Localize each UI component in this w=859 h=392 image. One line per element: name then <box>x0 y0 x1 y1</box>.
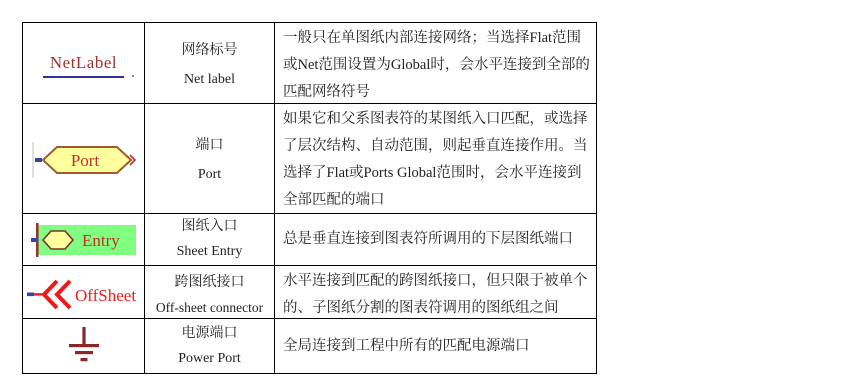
description-text: 总是垂直连接到图表符所调用的下层图纸端口 <box>283 226 573 253</box>
table-row-sheet-entry: Entry 图纸入口 Sheet Entry 总是垂直连接到图表符所调用的下层图… <box>23 213 596 265</box>
name-cn: 网络标号 <box>182 42 238 60</box>
name-cn: 图纸入口 <box>182 218 238 236</box>
netlabel-symbol-icon: NetLabel <box>43 53 124 78</box>
description-text: 全局连接到工程中所有的匹配电源端口 <box>283 333 530 360</box>
left-connect-dash <box>35 158 42 162</box>
name-cell-power-port: 电源端口 Power Port <box>144 319 274 373</box>
name-en: Power Port <box>178 350 241 368</box>
name-cell-port: 端口 Port <box>144 104 274 216</box>
name-cell-netlabel: 网络标号 Net label <box>144 23 274 108</box>
sheet-entry-symbol-icon: Entry <box>30 222 138 258</box>
name-en: Off-sheet connector <box>156 299 263 317</box>
table-row-netlabel: NetLabel 网络标号 Net label 一般只在单图纸内部连接网络；当选… <box>23 23 596 103</box>
connector-reference-table: NetLabel 网络标号 Net label 一般只在单图纸内部连接网络；当选… <box>22 22 597 374</box>
name-cn: 端口 <box>196 137 224 155</box>
port-symbol-text: Port <box>70 151 99 170</box>
description-cell: 如果它和父系图表符的某图纸入口匹配，或选择了层次结构、自动范围，则起垂直连接作用… <box>274 104 596 216</box>
ground-bar-wide <box>69 344 99 347</box>
name-cell-offsheet: 跨图纸接口 Off-sheet connector <box>144 266 274 324</box>
name-en: Sheet Entry <box>177 243 243 261</box>
name-cn: 电源端口 <box>182 325 238 343</box>
name-en: Net label <box>184 71 235 89</box>
description-cell: 一般只在单图纸内部连接网络；当选择Flat范围或Net范围设置为Global时，… <box>274 23 596 108</box>
left-connect-dash <box>31 238 37 242</box>
power-port-ground-icon <box>66 326 102 366</box>
description-cell: 全局连接到工程中所有的匹配电源端口 <box>274 319 596 373</box>
port-symbol-icon: Port <box>29 139 139 181</box>
netlabel-trailing-dot <box>132 75 134 77</box>
ground-stem <box>82 327 85 344</box>
ground-bar-medium <box>75 351 93 354</box>
netlabel-symbol-text: NetLabel <box>43 53 124 73</box>
left-connect-dash <box>27 293 34 297</box>
table-row-power-port: 电源端口 Power Port 全局连接到工程中所有的匹配电源端口 <box>23 318 596 373</box>
offsheet-symbol-text: OffSheet <box>75 286 136 305</box>
power-port-symbol-cell <box>23 319 144 373</box>
name-en: Port <box>198 166 221 184</box>
ground-bar-small <box>80 358 87 361</box>
table-row-offsheet: OffSheet 跨图纸接口 Off-sheet connector 水平连接到… <box>23 265 596 318</box>
netlabel-underline <box>43 76 124 78</box>
sheet-entry-symbol-cell: Entry <box>23 214 144 265</box>
entry-symbol-text: Entry <box>82 231 120 250</box>
name-cn: 跨图纸接口 <box>175 274 245 292</box>
name-cell-sheet-entry: 图纸入口 Sheet Entry <box>144 214 274 265</box>
description-text: 一般只在单图纸内部连接网络；当选择Flat范围或Net范围设置为Global时，… <box>283 25 590 106</box>
offsheet-symbol-cell: OffSheet <box>23 266 144 324</box>
description-cell: 总是垂直连接到图表符所调用的下层图纸端口 <box>274 214 596 265</box>
offsheet-chevron-2 <box>57 281 70 308</box>
description-text: 如果它和父系图表符的某图纸入口匹配，或选择了层次结构、自动范围，则起垂直连接作用… <box>283 106 590 214</box>
description-text: 水平连接到匹配的跨图纸接口，但只限于被单个的、子图纸分割的图表符调用的图纸组之间 <box>283 268 590 322</box>
netlabel-symbol-cell: NetLabel <box>23 23 144 108</box>
port-symbol-cell: Port <box>23 104 144 216</box>
offsheet-symbol-icon: OffSheet <box>27 278 141 312</box>
description-cell: 水平连接到匹配的跨图纸接口，但只限于被单个的、子图纸分割的图表符调用的图纸组之间 <box>274 266 596 324</box>
table-row-port: Port 端口 Port 如果它和父系图表符的某图纸入口匹配，或选择了层次结构、… <box>23 103 596 213</box>
